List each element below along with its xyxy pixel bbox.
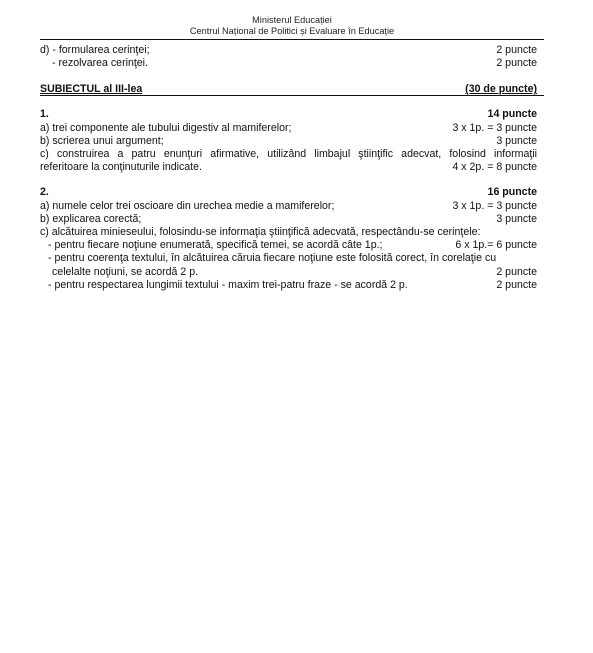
document-page: Ministerul Educației Centrul Național de… [0,0,593,653]
question-2-c1-label: - pentru fiecare noţiune enumerată, spec… [40,239,382,252]
item-d-solution: - rezolvarea cerinţei. 2 puncte [40,57,537,70]
question-1-c-line1: c) construirea a patru enunţuri afirmati… [40,148,537,161]
question-2-a-points: 3 x 1p. = 3 puncte [452,200,537,213]
header-divider [40,39,544,40]
question-2-c2-line2: celelalte noţiuni, se acordă 2 p. [40,266,198,279]
page-header: Ministerul Educației Centrul Național de… [40,15,544,37]
question-2-a: a) numele celor trei oscioare din ureche… [40,200,537,213]
question-1-a-label: a) trei componente ale tubului digestiv … [40,122,291,135]
question-1-header: 1. 14 puncte [40,108,537,121]
question-2-c2-first: - pentru coerenţa textului, în alcătuire… [40,252,537,265]
question-2-c3: - pentru respectarea lungimii textului -… [40,279,537,292]
item-d-solution-label: - rezolvarea cerinţei. [40,57,148,70]
question-2-b-points: 3 puncte [496,213,537,226]
section-title: SUBIECTUL al III-lea [40,83,142,95]
question-2-number: 2. [40,186,49,199]
question-2-c1-points: 6 x 1p.= 6 puncte [455,239,537,252]
question-1-c-line2: referitoare la conţinuturile indicate. [40,161,202,174]
question-1-a: a) trei componente ale tubului digestiv … [40,122,537,135]
section-heading: SUBIECTUL al III-lea (30 de puncte) [40,83,544,96]
item-d-formulation-label: d) - formularea cerinţei; [40,44,150,57]
question-1-total: 14 puncte [488,108,537,121]
item-d-formulation: d) - formularea cerinţei; 2 puncte [40,44,537,57]
header-ministry: Ministerul Educației [40,15,544,26]
question-1-b: b) scrierea unui argument; 3 puncte [40,135,537,148]
question-2-c: c) alcătuirea minieseului, folosindu-se … [40,226,537,239]
item-d-solution-points: 2 puncte [496,57,537,70]
question-2-b: b) explicarea corectă; 3 puncte [40,213,537,226]
question-2-c3-points: 2 puncte [496,279,537,292]
question-2-c1: - pentru fiecare noţiune enumerată, spec… [40,239,537,252]
question-2-a-label: a) numele celor trei oscioare din ureche… [40,200,334,213]
question-1-a-points: 3 x 1p. = 3 puncte [452,122,537,135]
question-2-b-label: b) explicarea corectă; [40,213,141,226]
question-2-header: 2. 16 puncte [40,186,537,199]
question-2-c3-label: - pentru respectarea lungimii textului -… [40,279,408,292]
header-center: Centrul Național de Politici și Evaluare… [40,26,544,37]
question-2-c-label: c) alcătuirea minieseului, folosindu-se … [40,226,480,239]
question-2-c2: celelalte noţiuni, se acordă 2 p. 2 punc… [40,266,537,279]
section-points: (30 de puncte) [465,83,537,95]
question-2-total: 16 puncte [488,186,537,199]
item-d-formulation-points: 2 puncte [496,44,537,57]
document-body: d) - formularea cerinţei; 2 puncte - rez… [40,44,537,292]
question-1-b-points: 3 puncte [496,135,537,148]
question-1-b-label: b) scrierea unui argument; [40,135,164,148]
question-1-c: referitoare la conţinuturile indicate. 4… [40,161,537,174]
question-2-c2-line1: - pentru coerenţa textului, în alcătuire… [40,252,496,265]
question-1-number: 1. [40,108,49,121]
question-2-c2-points: 2 puncte [496,266,537,279]
question-1-c-points: 4 x 2p. = 8 puncte [452,161,537,174]
